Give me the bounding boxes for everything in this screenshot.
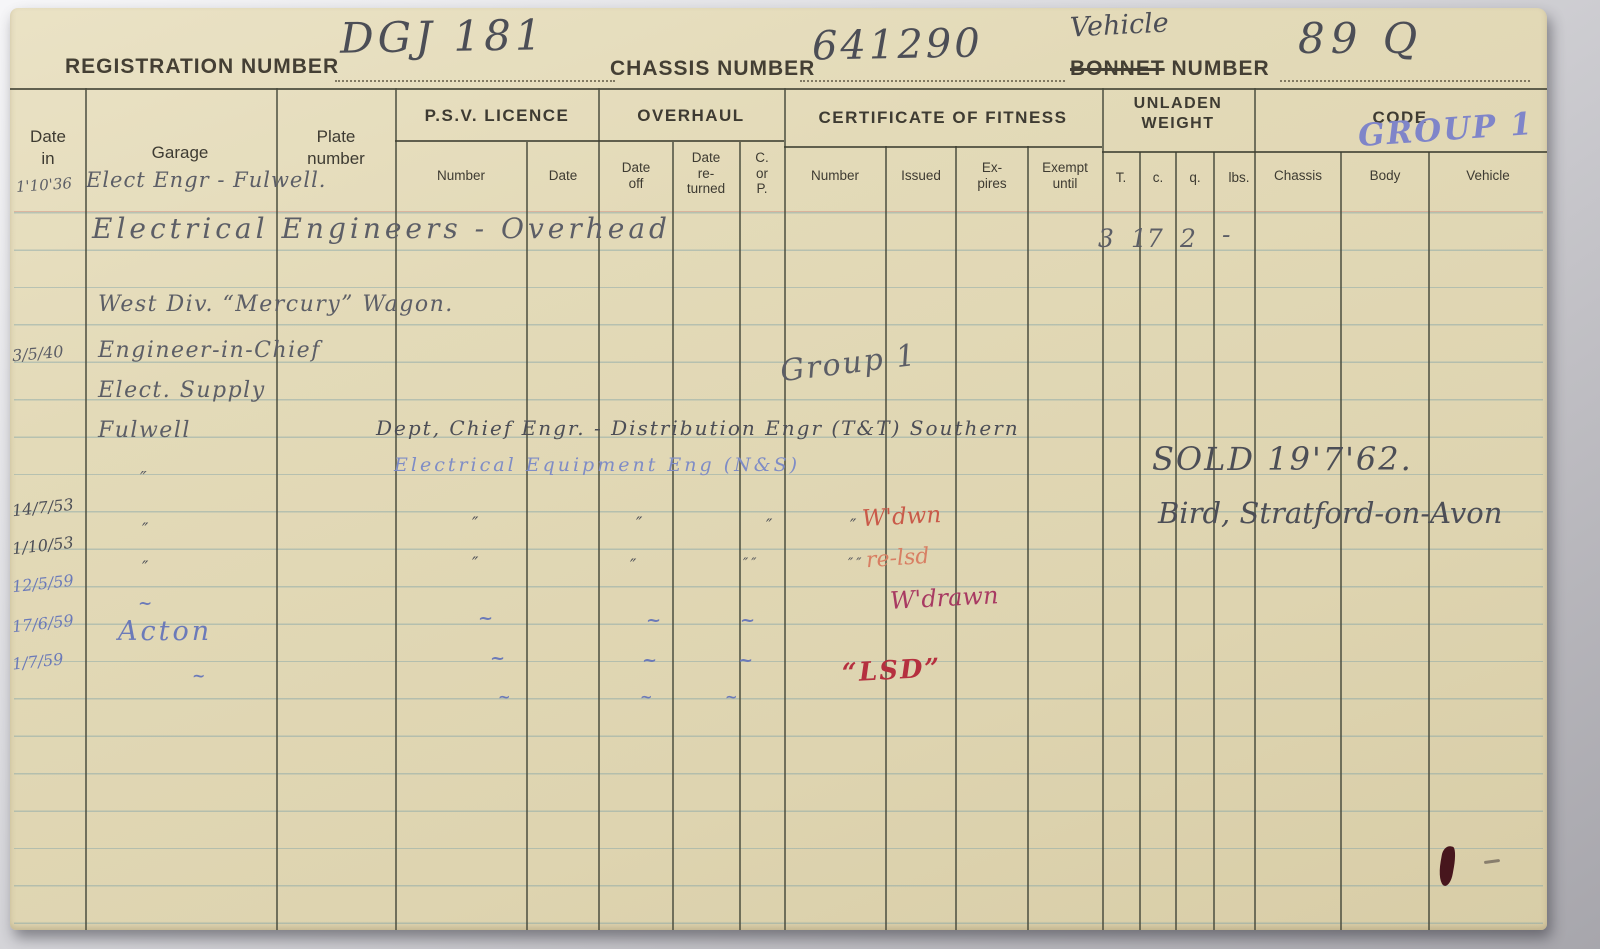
column-line: [784, 88, 786, 930]
subheader-c-or-p: C. or P.: [755, 150, 769, 197]
group-header-overhaul: OVERHAUL: [637, 105, 744, 126]
entry-ditto-mark: ″: [630, 556, 636, 576]
entry-ditto-mark: ~: [490, 648, 505, 669]
entry-ditto-mark: ~: [738, 650, 753, 671]
group-underline: [1254, 151, 1547, 153]
subcolumn-line: [526, 142, 528, 930]
number-word: NUMBER: [1172, 57, 1270, 80]
entry-ditto-mark: ″: [142, 558, 148, 578]
entry-weight-qtr: 2: [1180, 224, 1196, 253]
entry-note-dept-chief-engr: Dept, Chief Engr. - Distribution Engr (T…: [376, 416, 1020, 440]
entry-ditto-mark: ~: [478, 608, 493, 629]
subcolumn-line: [1027, 146, 1029, 930]
entry-ditto-mark: ″″: [743, 556, 759, 572]
entry-note-electrical-engineers: Electrical Engineers - Overhead: [92, 212, 671, 245]
entry-sold-note: SOLD 19'7'62.: [1152, 440, 1413, 478]
subheader-lbs: lbs.: [1228, 170, 1249, 186]
entry-garage: Fulwell: [98, 418, 191, 443]
entry-garage: Engineer-in-Chief: [98, 338, 321, 363]
entry-garage-acton: Acton: [118, 616, 212, 647]
entry-status-withdrawn: W'dwn: [861, 502, 941, 532]
column-header-date-in: Date in: [30, 126, 66, 170]
subheader-cwt: c.: [1153, 170, 1164, 186]
table-top-rule: [10, 88, 1547, 90]
subcolumn-line: [1175, 152, 1177, 930]
subcolumn-line: [1139, 152, 1141, 930]
bonnet-dotted-line: [1280, 80, 1530, 82]
chassis-dotted-line: [800, 80, 1065, 82]
entry-status-withdrawn: W'drawn: [889, 581, 999, 615]
scan-background: REGISTRATION NUMBER DGJ 181 CHASSIS NUMB…: [0, 0, 1600, 949]
subheader-chassis-code: Chassis: [1274, 168, 1322, 184]
subheader-vehicle-code: Vehicle: [1466, 168, 1510, 184]
subheader-fitness-number: Number: [811, 168, 859, 184]
subcolumn-line: [1340, 152, 1342, 930]
entry-ditto-mark: ″″: [848, 556, 864, 572]
group-header-certificate-of-fitness: CERTIFICATE OF FITNESS: [819, 107, 1068, 128]
record-card: REGISTRATION NUMBER DGJ 181 CHASSIS NUMB…: [10, 8, 1547, 930]
group-header-unladen-weight: UNLADEN WEIGHT: [1134, 94, 1223, 134]
subcolumn-line: [885, 146, 887, 930]
entry-ditto-mark: ″: [142, 520, 148, 540]
subcolumn-line: [1213, 152, 1215, 930]
entry-status-relicensed: re-lsd: [865, 544, 930, 573]
entry-ditto-mark: ″: [472, 514, 478, 534]
bonnet-number-label: BONNET NUMBER: [1070, 57, 1270, 81]
entry-ditto-mark: ~: [646, 610, 661, 631]
subheader-psv-number: Number: [437, 168, 485, 184]
column-header-plate-number: Plate number: [307, 126, 365, 170]
entry-note-electrical-equipment: Electrical Equipment Eng (N&S): [394, 454, 800, 476]
bonnet-word-struck: BONNET: [1070, 57, 1165, 80]
subheader-date-off: Date off: [622, 160, 651, 191]
entry-weight-lbs: -: [1222, 220, 1230, 249]
subheader-exempt-until: Exempt until: [1042, 160, 1088, 191]
entry-sold-buyer: Bird, Stratford-on-Avon: [1158, 496, 1502, 530]
entry-garage: West Div. “Mercury” Wagon.: [98, 292, 454, 317]
entry-garage: Elect Engr - Fulwell.: [86, 168, 326, 192]
chassis-label: CHASSIS NUMBER: [610, 57, 815, 81]
group-header-psv-licence: P.S.V. LICENCE: [425, 105, 570, 126]
entry-ditto-mark: ″: [140, 468, 147, 489]
bonnet-number-value: 89 Q: [1298, 14, 1423, 63]
entry-ditto-mark: ~: [192, 666, 205, 685]
vehicle-overwrite-handwriting: Vehicle: [1069, 7, 1169, 43]
subcolumn-line: [955, 146, 957, 930]
group-underline: [1102, 151, 1254, 153]
entry-ditto-mark: ~: [498, 688, 511, 706]
subheader-qtr: q.: [1189, 170, 1200, 186]
group-underline: [598, 140, 784, 142]
entry-weight-tons: 3: [1098, 224, 1114, 253]
entry-ditto-mark: ~: [725, 688, 738, 706]
registration-label: REGISTRATION NUMBER: [65, 55, 339, 79]
registration-dotted-line: [335, 80, 615, 82]
subcolumn-line: [672, 142, 674, 930]
subheader-body-code: Body: [1370, 168, 1401, 184]
group-underline: [395, 140, 598, 142]
entry-ditto-mark: ~: [640, 688, 653, 706]
entry-status-lsd: “LSD”: [841, 653, 942, 688]
column-header-garage: Garage: [152, 142, 209, 164]
ruled-lines: [14, 176, 1543, 926]
entry-weight-cwt: 17: [1131, 224, 1163, 253]
entry-ditto-mark: ″: [472, 554, 478, 574]
chassis-value: 641290: [812, 21, 983, 70]
entry-ditto-mark: ~: [138, 594, 152, 614]
subheader-issued: Issued: [901, 168, 941, 184]
entry-garage: Elect. Supply: [98, 378, 266, 403]
subheader-psv-date: Date: [549, 168, 578, 184]
group-underline: [784, 146, 1102, 148]
subcolumn-line: [1428, 152, 1430, 930]
entry-ditto-mark: ~: [740, 610, 755, 631]
entry-ditto-mark: ″: [636, 514, 642, 534]
entry-ditto-mark: ″: [850, 516, 856, 536]
subheader-expires: Ex- pires: [977, 160, 1006, 191]
column-line: [85, 88, 87, 930]
entry-ditto-mark: ″: [766, 516, 772, 536]
subcolumn-line: [739, 142, 741, 930]
subheader-date-returned: Date re- turned: [687, 150, 725, 197]
subheader-tons: T.: [1116, 170, 1127, 186]
entry-ditto-mark: ~: [642, 650, 657, 671]
column-line: [1102, 88, 1104, 930]
registration-value: DGJ 181: [340, 10, 546, 63]
